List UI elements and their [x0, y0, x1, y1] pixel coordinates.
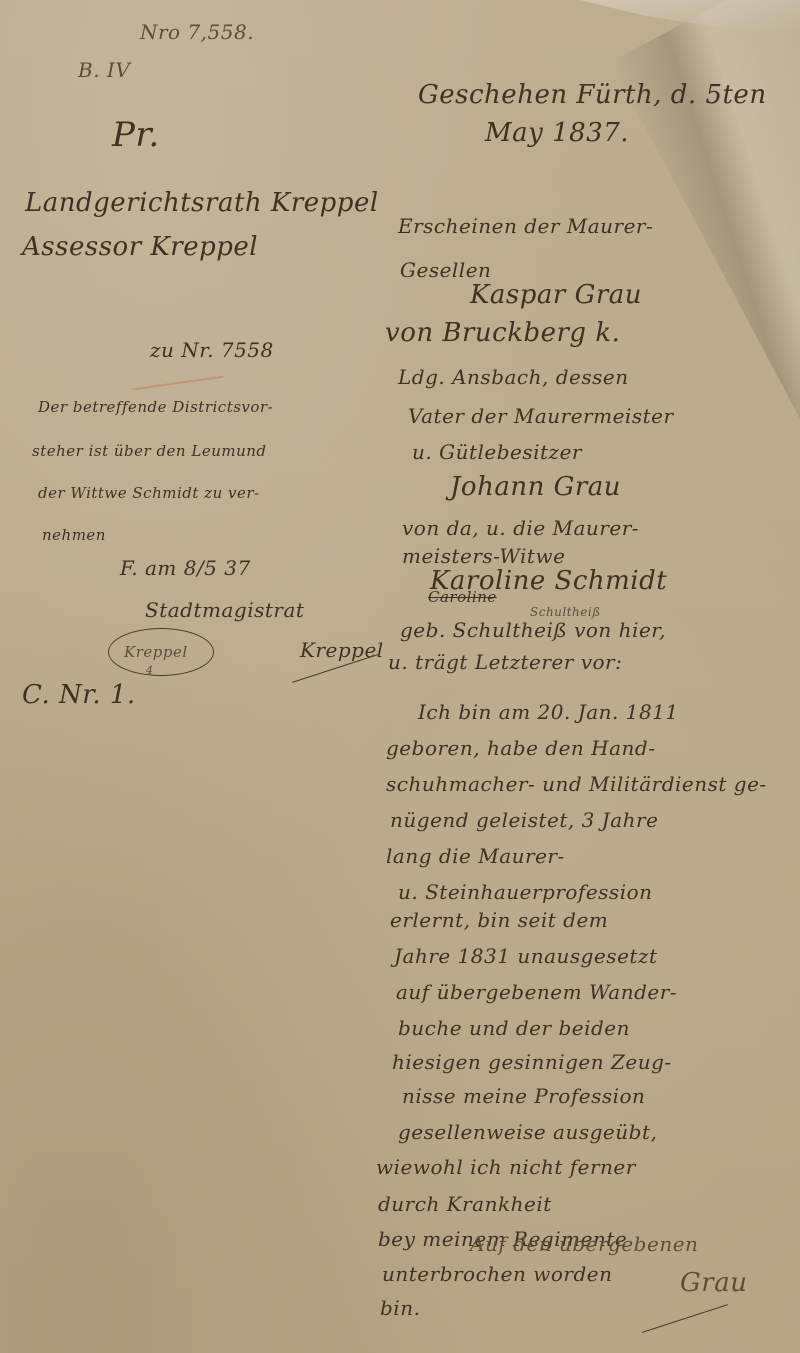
- interlinear-insert: Schultheiß: [530, 605, 601, 619]
- closing-line: Auf den übergebenen: [470, 1232, 698, 1256]
- body-line-24: hiesigen gesinnigen Zeug-: [392, 1050, 672, 1074]
- oval-stamp-text: Kreppel: [124, 643, 188, 661]
- place-date-line-1: Geschehen Fürth, d. 5ten: [418, 80, 767, 110]
- body-line-1: Erscheinen der Maurer-: [398, 214, 653, 238]
- official-2: Assessor Kreppel: [22, 232, 258, 262]
- body-line-27: wiewohl ich nicht ferner: [376, 1155, 636, 1179]
- closing-signature: Grau: [680, 1268, 747, 1298]
- body-line-26: gesellenweise ausgeübt,: [398, 1120, 657, 1144]
- reference-number: zu Nr. 7558: [150, 338, 274, 362]
- body-line-21: Jahre 1831 unausgesetzt: [394, 944, 658, 968]
- body-line-9: von da, u. die Maurer-: [402, 516, 639, 540]
- body-line-30: unterbrochen worden: [382, 1262, 613, 1286]
- manuscript-page: Nro 7,558. B. IV Pr. Landgerichtsrath Kr…: [0, 0, 800, 1353]
- body-line-22: auf übergebenem Wander-: [396, 980, 677, 1004]
- body-line-13: u. trägt Letzterer vor:: [388, 650, 622, 674]
- place-date-line-2: May 1837.: [485, 118, 629, 148]
- body-line-23: buche und der beiden: [398, 1016, 630, 1040]
- paper-fold: [610, 0, 800, 521]
- note-line-1: Der betreffende Districtsvor-: [38, 398, 273, 416]
- body-line-28: durch Krankheit: [378, 1192, 552, 1216]
- red-pencil-mark: [132, 376, 223, 391]
- oval-stamp-sub: 4: [146, 664, 154, 677]
- body-line-20: erlernt, bin seit dem: [390, 908, 608, 932]
- body-line-8: Johann Grau: [450, 472, 621, 502]
- body-line-18: lang die Maurer-: [386, 844, 565, 868]
- body-line-3: Kaspar Grau: [470, 280, 642, 310]
- body-line-16: schuhmacher- und Militärdienst ge-: [386, 772, 767, 796]
- official-1: Landgerichtsrath Kreppel: [25, 188, 379, 218]
- closing-flourish: [642, 1304, 728, 1333]
- body-line-12: geb. Schultheiß von hier,: [400, 618, 666, 642]
- signature-left: Kreppel: [300, 638, 384, 662]
- body-line-4: von Bruckberg k.: [385, 318, 620, 348]
- register-mark: C. Nr. 1.: [22, 680, 136, 710]
- note-line-4: nehmen: [42, 526, 106, 544]
- note-line-2: steher ist über den Leumund: [32, 442, 267, 460]
- body-line-15: geboren, habe den Hand-: [386, 736, 655, 760]
- body-line-31: bin.: [380, 1296, 420, 1320]
- body-line-7: u. Gütlebesitzer: [412, 440, 582, 464]
- section-mark: B. IV: [78, 58, 130, 82]
- presentation-mark: Pr.: [112, 115, 160, 155]
- body-line-2: Gesellen: [400, 258, 491, 282]
- note-date: F. am 8/5 37: [120, 556, 251, 580]
- authority: Stadtmagistrat: [145, 598, 304, 622]
- body-line-6: Vater der Maurermeister: [408, 404, 674, 428]
- body-line-14: Ich bin am 20. Jan. 1811: [418, 700, 679, 724]
- body-line-25: nisse meine Profession: [402, 1084, 645, 1108]
- body-line-19: u. Steinhauerprofession: [398, 880, 653, 904]
- body-line-10: meisters-Witwe: [402, 544, 565, 568]
- file-number: Nro 7,558.: [140, 20, 254, 44]
- body-line-17: nügend geleistet, 3 Jahre: [390, 808, 658, 832]
- note-line-3: der Wittwe Schmidt zu ver-: [38, 484, 260, 502]
- body-line-11: Karoline Schmidt: [430, 566, 667, 596]
- body-line-5: Ldg. Ansbach, dessen: [398, 365, 629, 389]
